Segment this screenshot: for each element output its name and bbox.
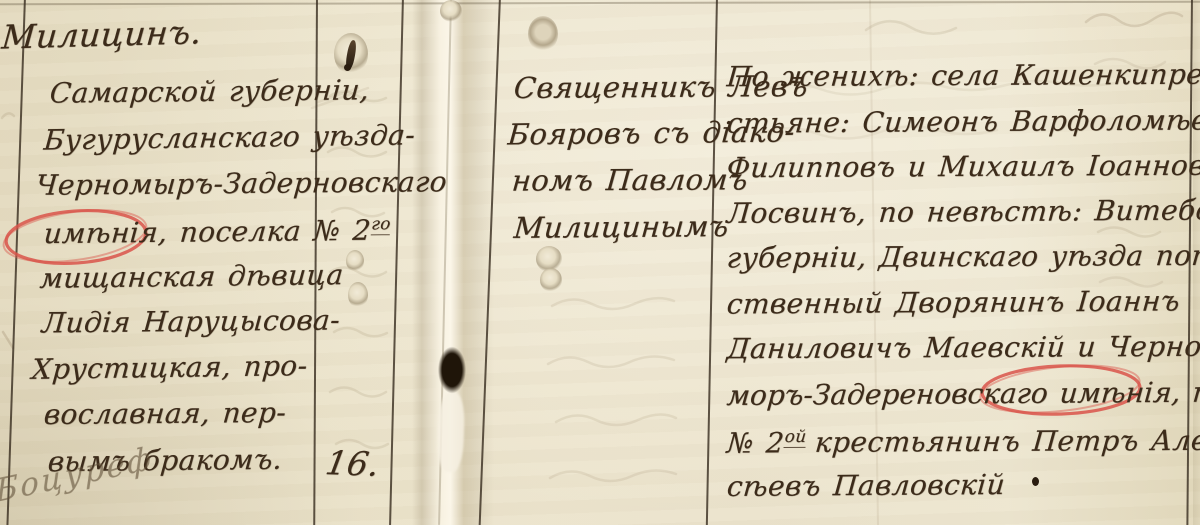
witness-entry-line: Филипповъ и Михаилъ Іоаннов- bbox=[726, 152, 1200, 183]
pin-hole bbox=[348, 282, 368, 308]
witness-entry-line: моръ-Задереновскаго имѣнія, поселка bbox=[726, 378, 1200, 410]
ordinal-superscript: го bbox=[371, 213, 392, 235]
witness-entry-line: Даниловичъ Маевскій и Черно- bbox=[726, 333, 1200, 364]
witness-entry-line: стьяне: Симеонъ Варфоломѣевъ bbox=[726, 106, 1200, 138]
bride-entry-line: вославная, пер- bbox=[43, 399, 288, 429]
clergy-line: Милицинымъ bbox=[513, 212, 730, 243]
bride-entry-line: мищанская дѣвица bbox=[39, 261, 345, 293]
circled-word-line: имѣнія, поселка № 2 bbox=[43, 214, 373, 250]
register-page-scan: Милицинъ. Самарской губерніи, Бугуруслан… bbox=[0, 0, 1200, 525]
margin-note-surname: Милицинъ. bbox=[0, 15, 203, 53]
witness-line-end: пре- bbox=[1148, 61, 1200, 89]
ordinal-superscript: ой bbox=[784, 426, 808, 448]
paper-crease-hole bbox=[440, 0, 462, 22]
age-number: 16. bbox=[323, 446, 382, 481]
witness-line-rest: крестьянинъ Петръ Алек- bbox=[814, 424, 1200, 459]
clergy-line: номъ Павломъ bbox=[511, 165, 749, 195]
bride-entry-line: Самарской губерніи, bbox=[49, 76, 370, 107]
bride-entry-line: Бугурусланскаго уѣзда- bbox=[43, 121, 416, 154]
witness-entry-line: По женихѣ: села Кашенкипре- bbox=[726, 61, 1191, 91]
bride-entry-line: Лидія Наруцысова- bbox=[41, 306, 341, 337]
witness-entry-line: сѣевъ Павловскій bbox=[726, 471, 1006, 501]
bride-entry-line: Черномыръ-Задерновскаго bbox=[35, 168, 448, 200]
ink-dot bbox=[344, 64, 351, 71]
witness-entry-line: губерніи, Двинскаго уѣзда потом- bbox=[726, 242, 1200, 273]
witness-entry-line: № 2ойкрестьянинъ Петръ Алек- bbox=[726, 426, 1200, 458]
witness-entry-line: ственный Дворянинъ Іоаннъ bbox=[726, 287, 1181, 318]
pin-hole bbox=[346, 250, 364, 272]
witness-entry-line: Лосвинъ, по невѣстѣ: Витебской bbox=[726, 196, 1200, 228]
ink-speck bbox=[1032, 477, 1039, 486]
paper-smudge bbox=[528, 16, 558, 52]
witness-line-start: По женихѣ: села Кашенки bbox=[726, 61, 1151, 91]
settlement-number: № 2 bbox=[726, 426, 786, 459]
pin-hole bbox=[540, 268, 562, 292]
bride-entry-line: Хрустицкая, про- bbox=[31, 352, 309, 384]
bride-entry-line: имѣнія, поселка № 2го bbox=[43, 215, 392, 248]
